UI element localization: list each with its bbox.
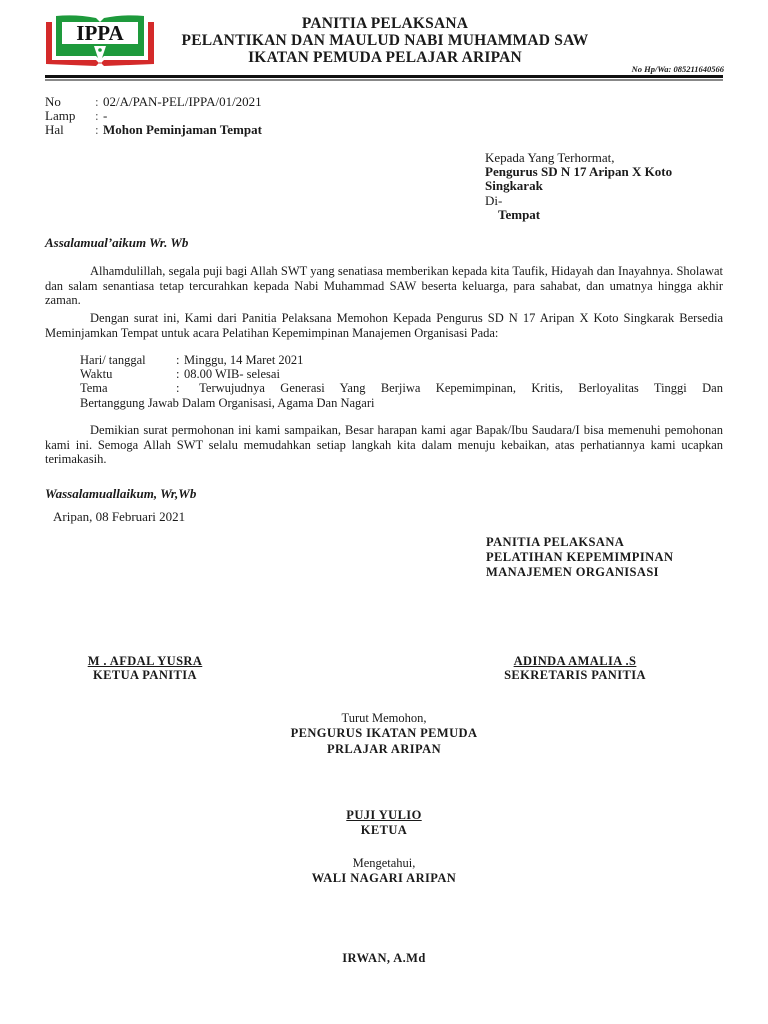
recipient-name-line-1: Pengurus SD N 17 Aripan X Koto (485, 165, 672, 179)
detail-row-time: Waktu:08.00 WIB- selesai (80, 367, 280, 381)
detail-label: Tema (80, 381, 176, 395)
meta-label: Hal (45, 123, 95, 137)
co-applicant-intro: Turut Memohon, (234, 711, 534, 726)
secretary-title: SEKRETARIS PANITIA (480, 668, 670, 683)
meta-row-attachment: Lamp:- (45, 109, 107, 123)
co-applicant-org-line-2: PRLAJAR ARIPAN (234, 742, 534, 757)
header-title-line-1: PANITIA PELAKSANA (160, 15, 610, 33)
committee-line-2: PELATIHAN KEPEMIMPINAN (486, 550, 673, 565)
meta-row-subject: Hal:Mohon Peminjaman Tempat (45, 123, 262, 137)
closing-greeting: Wassalamuallaikum, Wr,Wb (45, 486, 196, 502)
meta-value: - (103, 108, 107, 123)
meta-label: Lamp (45, 109, 95, 123)
header-contact: No Hp/Wa: 085211640566 (600, 64, 724, 74)
detail-row-date: Hari/ tanggal:Minggu, 14 Maret 2021 (80, 353, 303, 367)
chair-name: M . AFDAL YUSRA (60, 654, 230, 669)
detail-label: Hari/ tanggal (80, 353, 176, 367)
secretary-name: ADINDA AMALIA .S (480, 654, 670, 669)
svg-text:IPPA: IPPA (76, 21, 124, 45)
acknowledged-org: WALI NAGARI ARIPAN (234, 871, 534, 886)
detail-value: 08.00 WIB- selesai (184, 367, 280, 381)
meta-value: 02/A/PAN-PEL/IPPA/01/2021 (103, 94, 262, 109)
detail-value: Terwujudnya Generasi Yang Berjiwa Kepemi… (199, 381, 723, 395)
opening-greeting: Assalamual’aikum Wr. Wb (45, 235, 188, 251)
recipient-salutation: Kepada Yang Terhormat, (485, 151, 615, 165)
header-title-line-2: PELANTIKAN DAN MAULUD NABI MUHAMMAD SAW (160, 32, 610, 50)
co-applicant-name: PUJI YULIO (234, 808, 534, 823)
meta-row-number: No:02/A/PAN-PEL/IPPA/01/2021 (45, 95, 262, 109)
detail-theme-continuation: Bertanggung Jawab Dalam Organisasi, Agam… (80, 396, 374, 410)
acknowledged-name: IRWAN, A.Md (234, 951, 534, 966)
co-applicant-org-line-1: PENGURUS IKATAN PEMUDA (234, 726, 534, 741)
detail-value: Minggu, 14 Maret 2021 (184, 353, 303, 367)
detail-label: Waktu (80, 367, 176, 381)
committee-line-1: PANITIA PELAKSANA (486, 535, 624, 550)
header-rule-thick (45, 75, 723, 78)
paragraph-opening: Alhamdulillah, segala puji bagi Allah SW… (45, 264, 723, 308)
ippa-logo: IPPA (44, 12, 156, 68)
header-title-line-3: IKATAN PEMUDA PELAJAR ARIPAN (160, 49, 610, 67)
recipient-name-line-2: Singkarak (485, 179, 543, 193)
header-rule-thin (45, 79, 723, 81)
paragraph-request: Dengan surat ini, Kami dari Panitia Pela… (45, 311, 723, 340)
detail-row-theme: Tema: Terwujudnya Generasi Yang Berjiwa … (80, 381, 723, 395)
place-date: Aripan, 08 Februari 2021 (53, 509, 185, 525)
meta-value: Mohon Peminjaman Tempat (103, 122, 262, 137)
paragraph-closing: Demikian surat permohonan ini kami sampa… (45, 423, 723, 467)
recipient-di: Di- (485, 194, 502, 208)
meta-label: No (45, 95, 95, 109)
chair-title: KETUA PANITIA (60, 668, 230, 683)
recipient-place: Tempat (498, 208, 540, 222)
co-applicant-title: KETUA (234, 823, 534, 838)
acknowledged-intro: Mengetahui, (234, 856, 534, 871)
committee-line-3: MANAJEMEN ORGANISASI (486, 565, 659, 580)
